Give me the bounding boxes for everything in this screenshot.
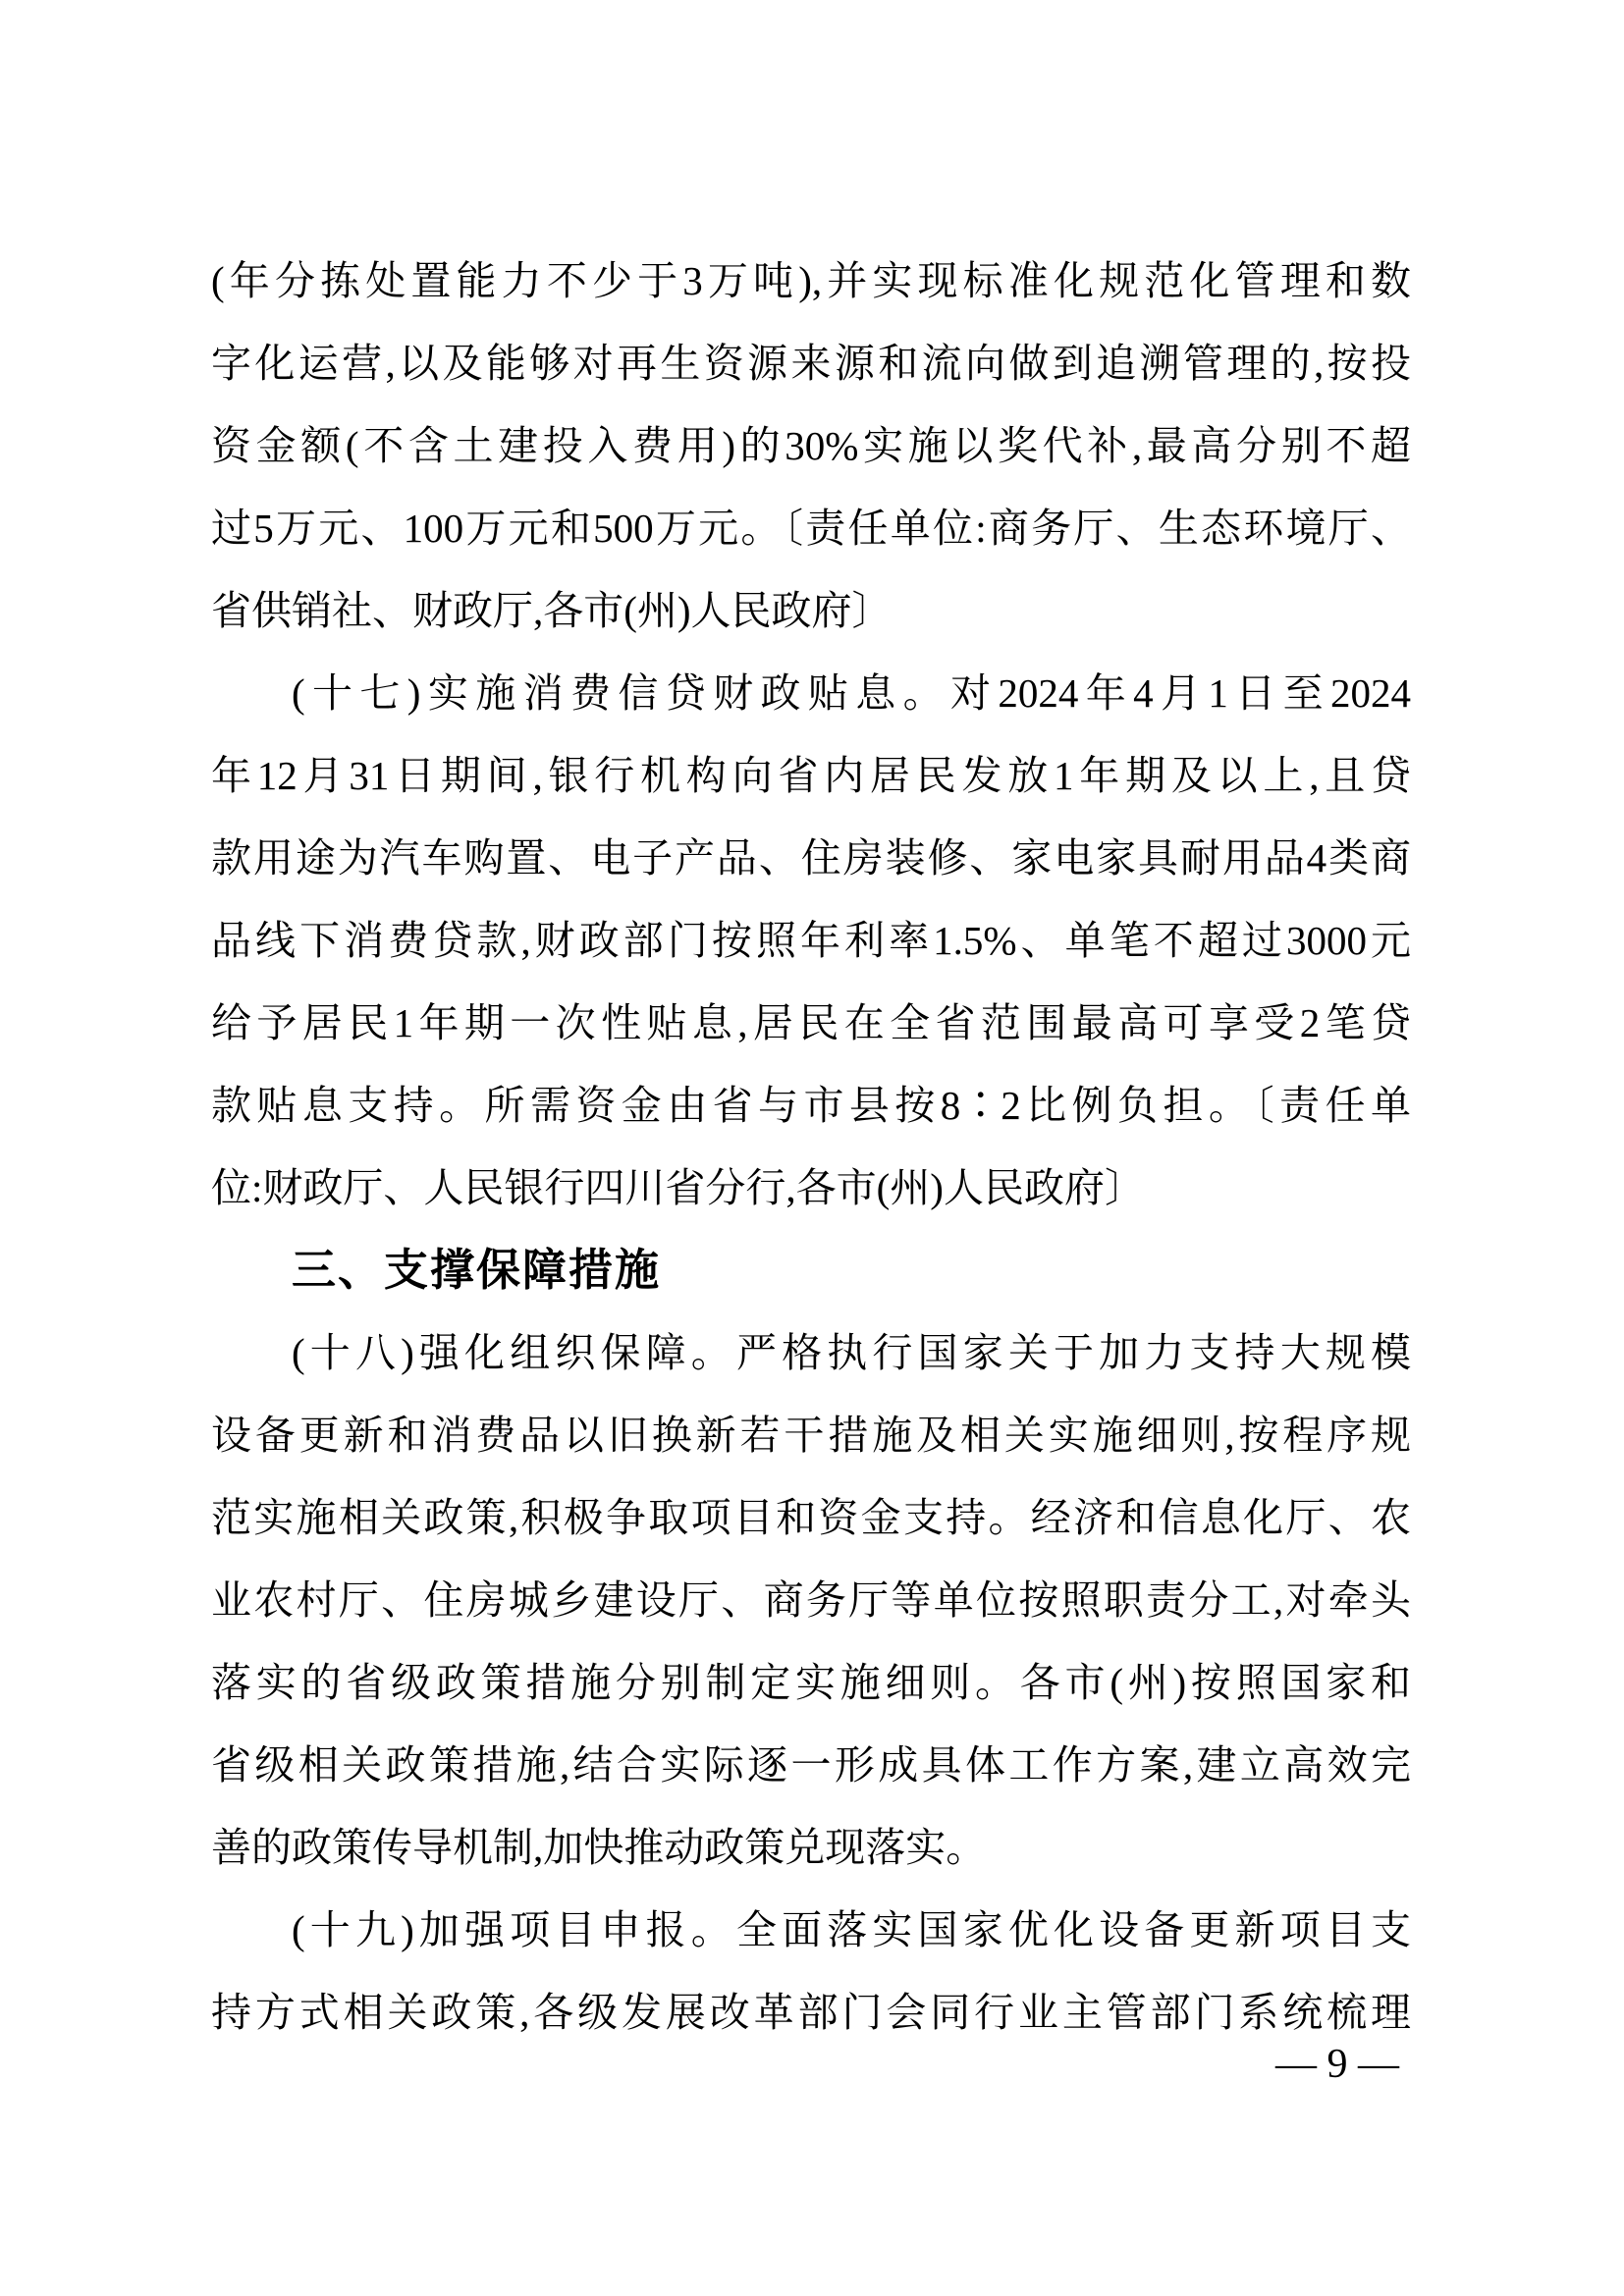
body-line: 过5万元、100万元和500万元。〔责任单位:商务厅、生态环境厅、 <box>211 487 1411 569</box>
body-line: 位:财政厅、人民银行四川省分行,各市(州)人民政府〕 <box>211 1147 1411 1229</box>
body-line: 省级相关政策措施,结合实际逐一形成具体工作方案,建立高效完 <box>211 1724 1411 1806</box>
body-line: 款用途为汽车购置、电子产品、住房装修、家电家具耐用品4类商 <box>211 817 1411 899</box>
paragraph-19-lead-line: (十九)加强项目申报。全面落实国家优化设备更新项目支 <box>211 1889 1411 1971</box>
paragraph-18-lead-rest: 严格执行国家关于加力支持大规模 <box>736 1330 1411 1375</box>
section-3-heading: 三、支撑保障措施 <box>211 1229 1411 1311</box>
body-line: 落实的省级政策措施分别制定实施细则。各市(州)按照国家和 <box>211 1641 1411 1724</box>
paragraph-17-lead-rest: 对2024年4月1日至2024 <box>950 670 1411 716</box>
body-line: 年12月31日期间,银行机构向省内居民发放1年期及以上,且贷 <box>211 734 1411 817</box>
body-line: 款贴息支持。所需资金由省与市县按8∶2比例负担。〔责任单 <box>211 1064 1411 1147</box>
paragraph-17-leadin: (十七)实施消费信贷财政贴息。 <box>292 670 950 716</box>
paragraph-18-leadin: (十八)强化组织保障。 <box>292 1330 736 1375</box>
paragraph-18-lead-line: (十八)强化组织保障。严格执行国家关于加力支持大规模 <box>211 1311 1411 1394</box>
body-line: 给予居民1年期一次性贴息,居民在全省范围最高可享受2笔贷 <box>211 982 1411 1064</box>
body-line: 省供销社、财政厅,各市(州)人民政府〕 <box>211 569 1411 652</box>
body-line: (年分拣处置能力不少于3万吨),并实现标准化规范化管理和数 <box>211 240 1411 322</box>
body-line: 品线下消费贷款,财政部门按照年利率1.5%、单笔不超过3000元 <box>211 899 1411 982</box>
body-line: 设备更新和消费品以旧换新若干措施及相关实施细则,按程序规 <box>211 1394 1411 1476</box>
document-page: (年分拣处置能力不少于3万吨),并实现标准化规范化管理和数 字化运营,以及能够对… <box>0 0 1624 2296</box>
body-line: 业农村厅、住房城乡建设厅、商务厅等单位按照职责分工,对牵头 <box>211 1559 1411 1641</box>
body-line: 善的政策传导机制,加快推动政策兑现落实。 <box>211 1806 1411 1889</box>
body-line: 资金额(不含土建投入费用)的30%实施以奖代补,最高分别不超 <box>211 404 1411 487</box>
body-line: 持方式相关政策,各级发展改革部门会同行业主管部门系统梳理 <box>211 1971 1411 2054</box>
document-body: (年分拣处置能力不少于3万吨),并实现标准化规范化管理和数 字化运营,以及能够对… <box>211 240 1411 2054</box>
body-line: 范实施相关政策,积极争取项目和资金支持。经济和信息化厅、农 <box>211 1476 1411 1559</box>
body-line: 字化运营,以及能够对再生资源来源和流向做到追溯管理的,按投 <box>211 322 1411 404</box>
paragraph-17-lead-line: (十七)实施消费信贷财政贴息。对2024年4月1日至2024 <box>211 652 1411 734</box>
paragraph-19-lead-rest: 全面落实国家优化设备更新项目支 <box>736 1907 1411 1952</box>
paragraph-19-leadin: (十九)加强项目申报。 <box>292 1907 736 1952</box>
page-number: — 9 — <box>1275 2044 1399 2085</box>
